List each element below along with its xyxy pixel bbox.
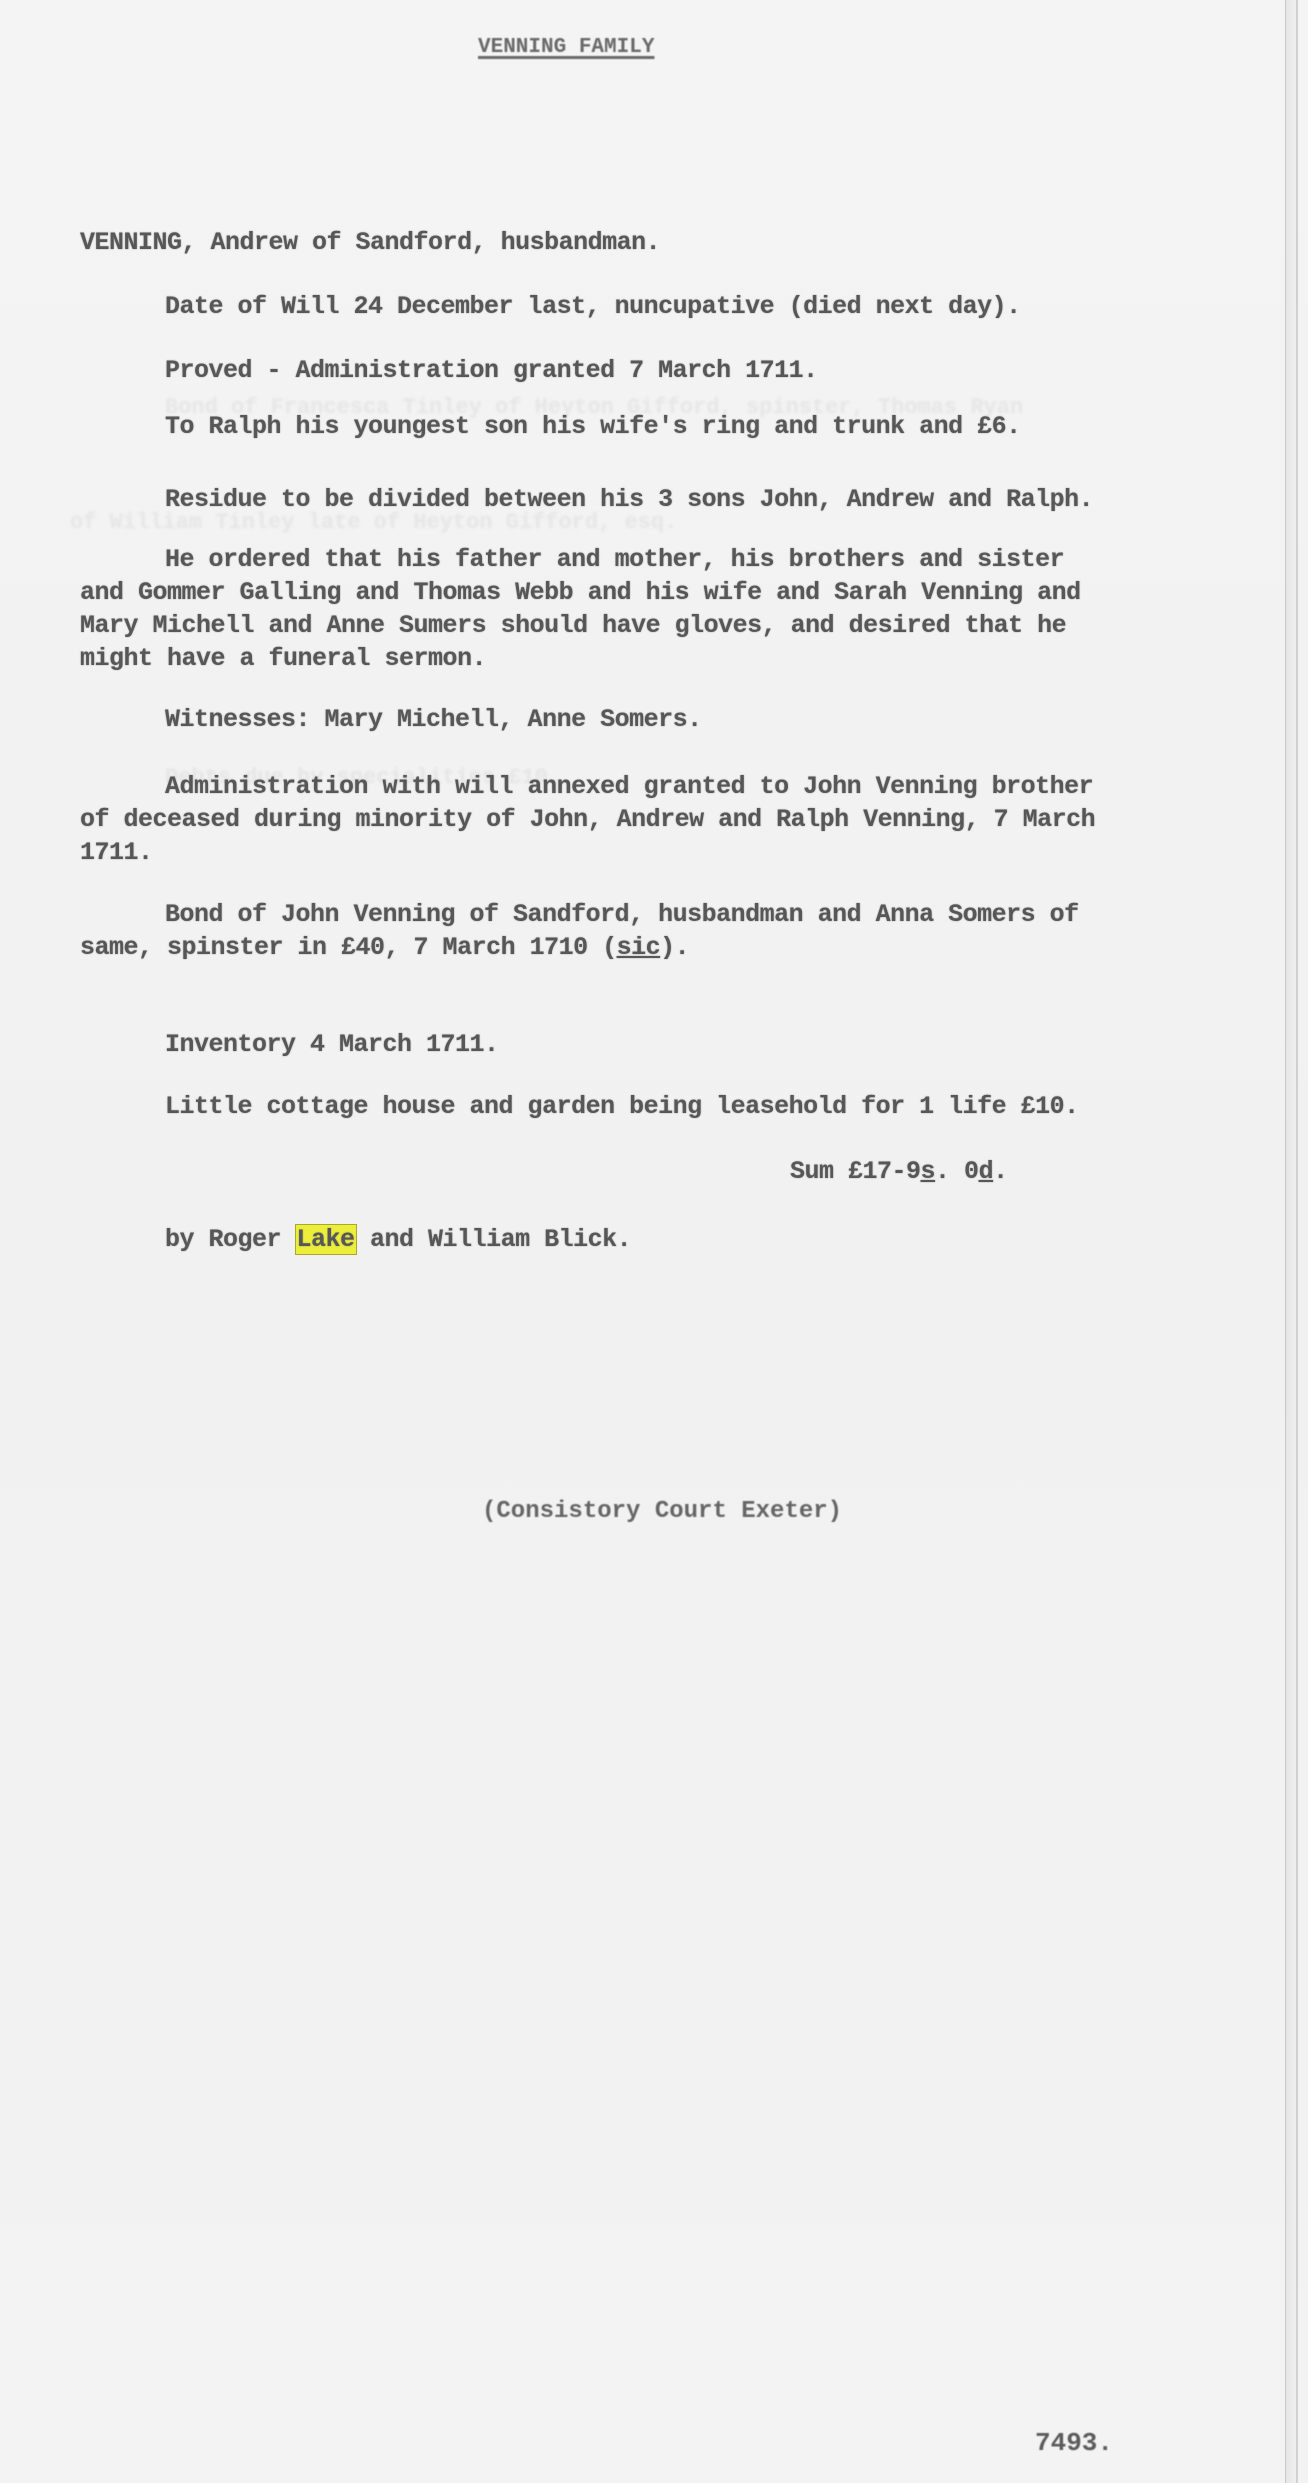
shillings-abbrev: s: [921, 1157, 936, 1186]
administration-line-2: of deceased during minority of John, And…: [80, 805, 1095, 835]
court-label: (Consistory Court Exeter): [482, 1498, 842, 1525]
proved-line: Proved - Administration granted 7 March …: [165, 356, 818, 386]
bequest-line: To Ralph his youngest son his wife's rin…: [165, 412, 1021, 442]
ordered-line-4: might have a funeral sermon.: [80, 644, 486, 674]
cottage-line: Little cottage house and garden being le…: [165, 1092, 1079, 1122]
administration-line-3: 1711.: [80, 838, 153, 868]
entry-heading: VENNING, Andrew of Sandford, husbandman.: [80, 228, 660, 258]
bond-text: same, spinster in £40, 7 March 1710 (: [80, 933, 617, 962]
sum-line: Sum £17-9s. 0d.: [790, 1157, 1008, 1187]
inventory-line: Inventory 4 March 1711.: [165, 1030, 499, 1060]
appraisers-line: by Roger Lake and William Blick.: [165, 1225, 631, 1255]
pence-abbrev: d: [979, 1157, 994, 1186]
sic-underlined: sic: [617, 933, 661, 962]
page-number: 7493.: [1035, 2428, 1113, 2458]
ordered-line-3: Mary Michell and Anne Sumers should have…: [80, 611, 1066, 641]
date-of-will: Date of Will 24 December last, nuncupati…: [165, 292, 1021, 322]
residue-line: Residue to be divided between his 3 sons…: [165, 485, 1093, 515]
document-title: VENNING FAMILY: [478, 36, 654, 59]
administration-line-1: Administration with will annexed granted…: [165, 772, 1093, 802]
document-page: Bond of Francesca Tinley of Heyton Giffo…: [0, 0, 1308, 2483]
highlighted-word: Lake: [296, 1225, 356, 1254]
bond-suffix: ).: [660, 933, 689, 962]
ordered-line-2: and Gommer Galling and Thomas Webb and h…: [80, 578, 1081, 608]
ordered-line-1: He ordered that his father and mother, h…: [165, 545, 1064, 575]
bond-line-2: same, spinster in £40, 7 March 1710 (sic…: [80, 933, 689, 963]
bond-line-1: Bond of John Venning of Sandford, husban…: [165, 900, 1079, 930]
page-edge-binding: [1285, 0, 1298, 2483]
witnesses-line: Witnesses: Mary Michell, Anne Somers.: [165, 705, 702, 735]
